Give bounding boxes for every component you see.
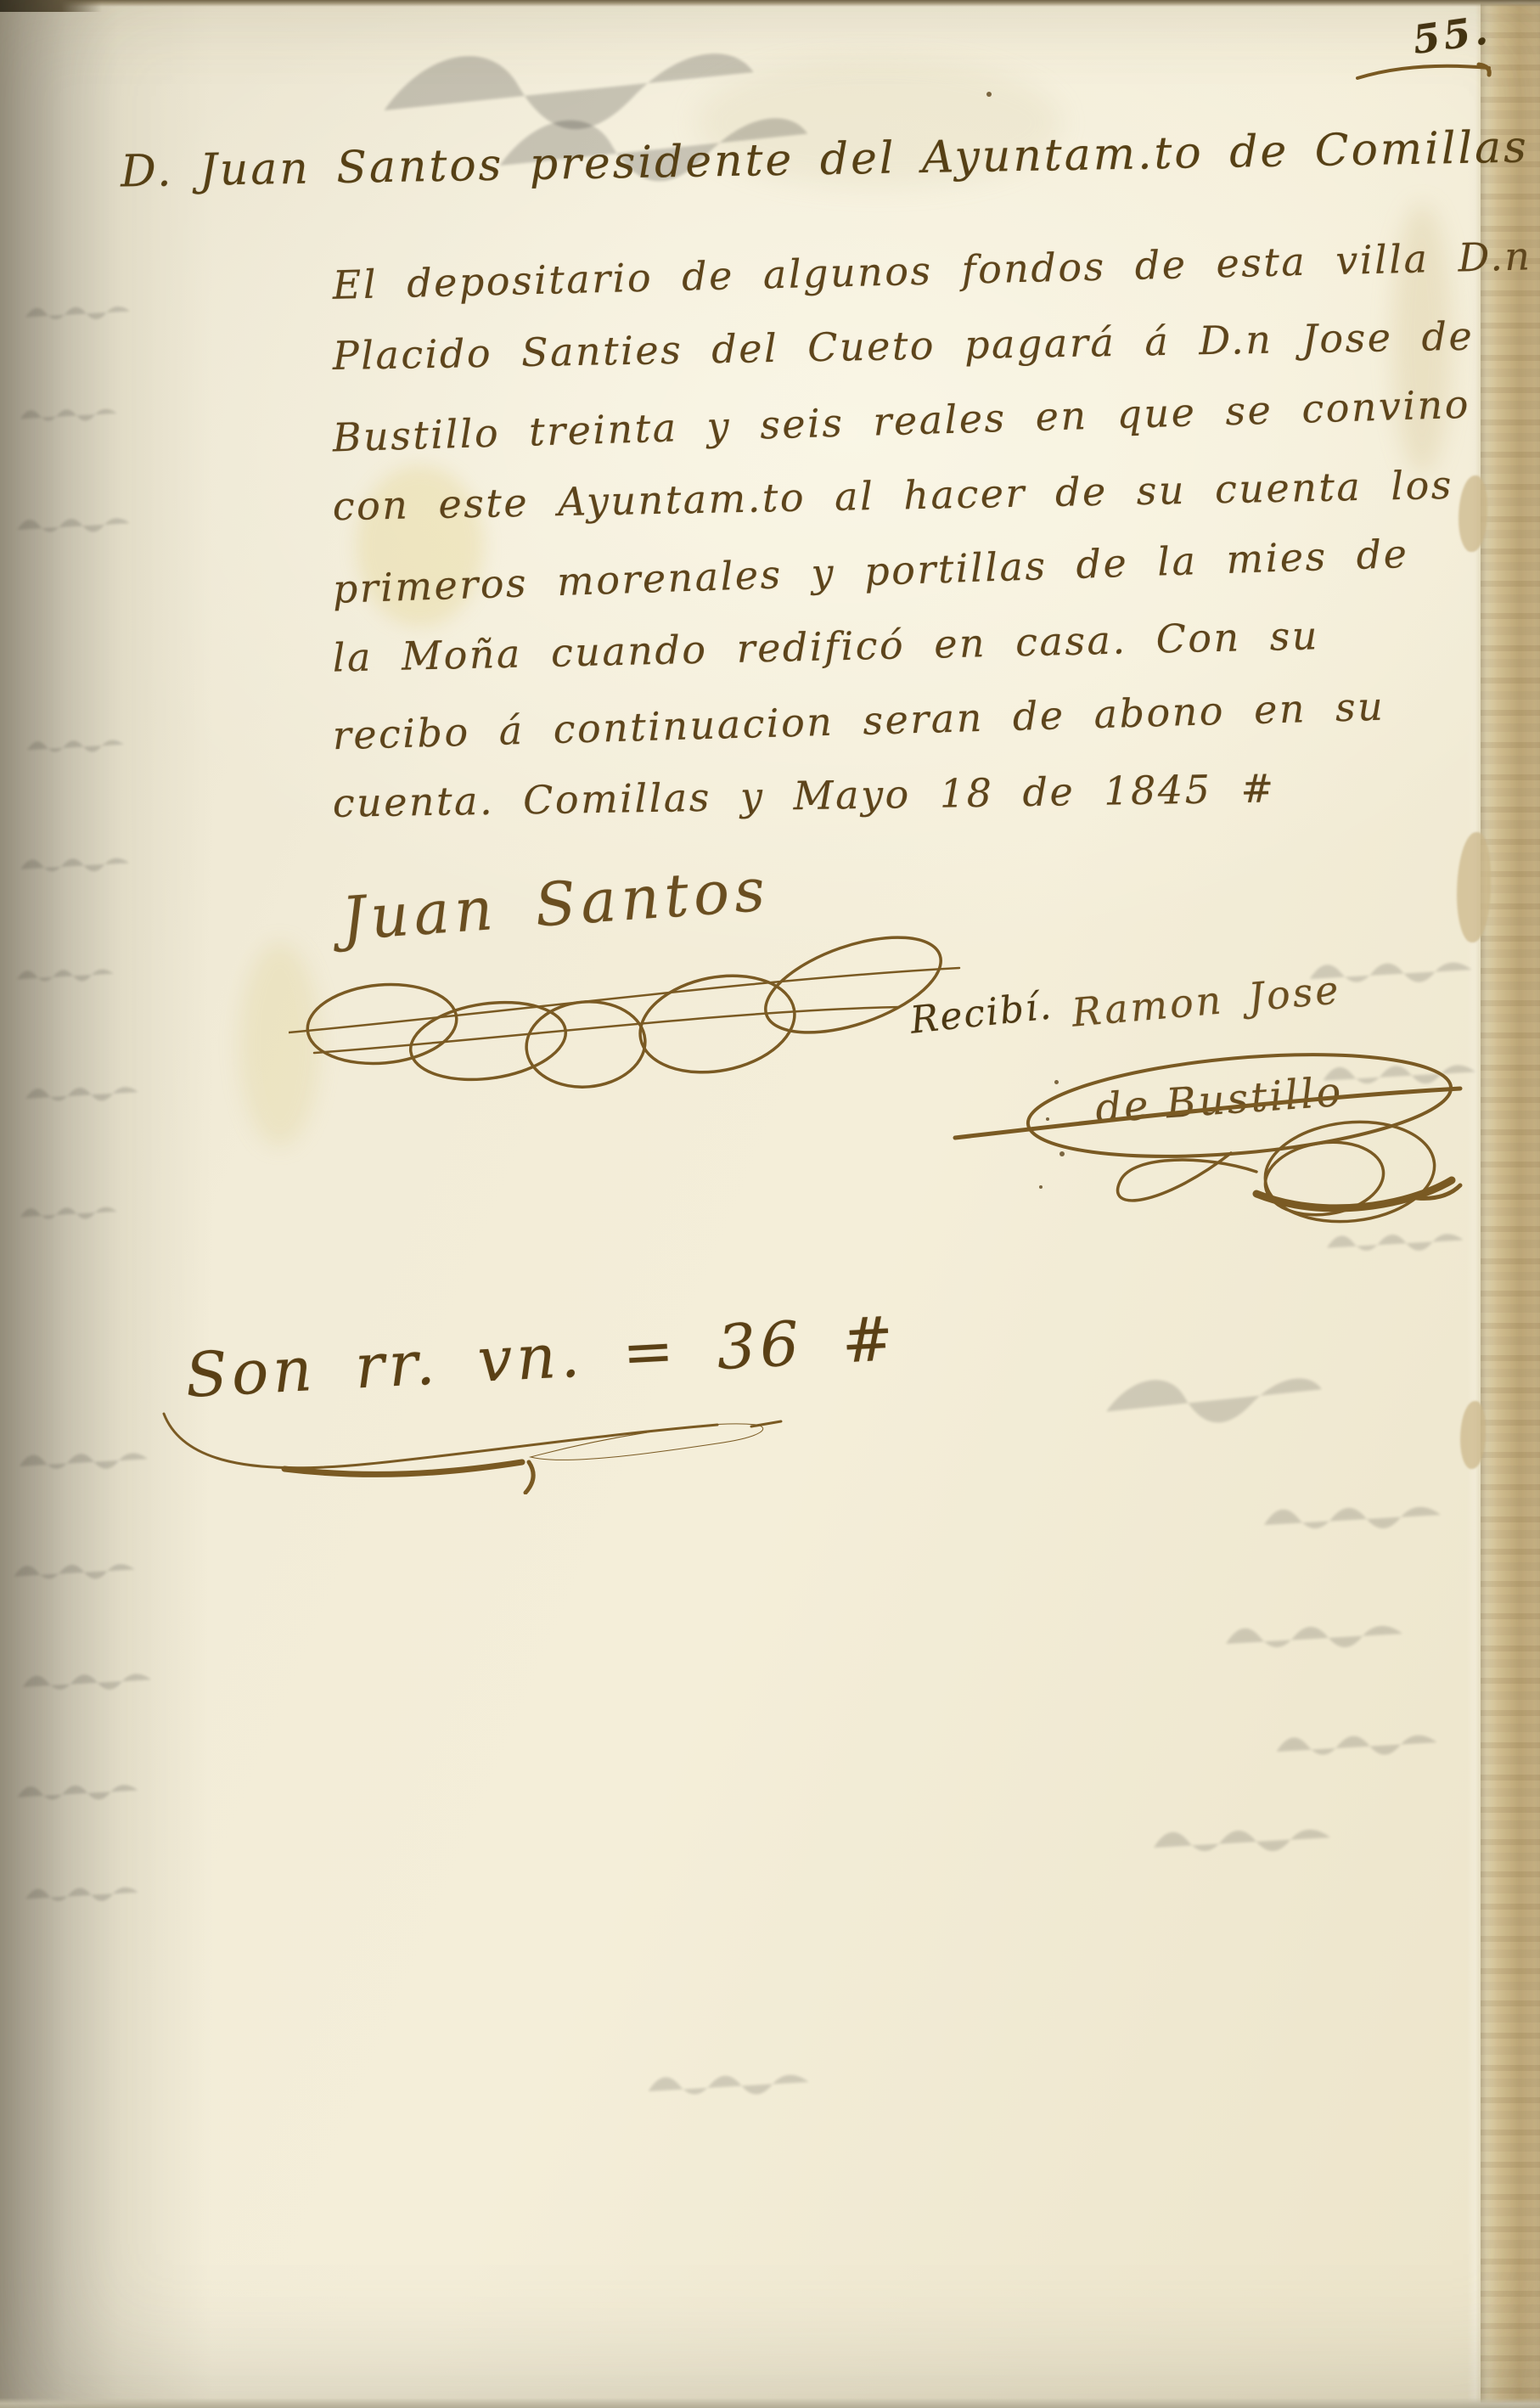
- receipt-signature-flourish: [951, 1044, 1477, 1248]
- paper-stain: [239, 942, 320, 1146]
- bleed-through-mark: [1138, 1817, 1350, 1868]
- bleed-through-mark: [20, 1664, 156, 1702]
- bleed-through-mark: [17, 1443, 153, 1482]
- manuscript-page: 55. D. Juan Santos presidente del Ayunta…: [0, 0, 1540, 2408]
- bleed-through-mark: [19, 849, 133, 883]
- body-text: El depositario de algunos fondos de esta…: [333, 248, 1504, 846]
- receipt-name-line2: de Bustillo: [1093, 1068, 1345, 1133]
- bleed-through-mark: [1256, 1494, 1452, 1545]
- page-top-edge: [0, 0, 1540, 7]
- bleed-through-mark: [1206, 1613, 1426, 1664]
- page-top-left-corner: [0, 0, 102, 12]
- bleed-through-mark: [306, 34, 832, 136]
- ink-speck: [1059, 1151, 1065, 1156]
- bleed-through-mark: [1087, 1367, 1341, 1426]
- page-left-shadow: [0, 0, 212, 2408]
- header-line: D. Juan Santos presidente del Ayuntam.to…: [121, 122, 1530, 198]
- ink-speck: [1054, 1080, 1059, 1084]
- signature-juan-santos: Juan Santos: [340, 854, 773, 954]
- ink-speck: [986, 92, 992, 97]
- bleed-through-mark: [25, 730, 127, 764]
- amount-line: Son rr. vn. = 36 #: [183, 1302, 899, 1411]
- signature-flourish: [289, 932, 968, 1102]
- ink-speck: [1046, 1117, 1049, 1121]
- receipt-label: Recibí.: [908, 984, 1055, 1042]
- page-bottom-edge: [0, 2398, 1540, 2408]
- bleed-through-mark: [12, 1554, 139, 1592]
- bleed-through-mark: [24, 1078, 143, 1112]
- bleed-through-mark: [24, 297, 134, 331]
- bleed-through-mark: [19, 399, 121, 433]
- bleed-through-mark: [645, 2063, 815, 2110]
- receipt-name-line1: Ramon Jose: [1070, 966, 1342, 1035]
- bleed-through-mark: [24, 1876, 143, 1915]
- bleed-through-mark: [15, 959, 117, 993]
- bleed-through-mark: [1273, 1724, 1443, 1770]
- bleed-through-mark: [1324, 1223, 1469, 1265]
- bleed-through-mark: [15, 509, 134, 543]
- bleed-through-mark: [1320, 1053, 1481, 1100]
- bleed-through-mark: [15, 1775, 143, 1813]
- ink-speck: [1039, 1185, 1043, 1189]
- bleed-through-mark: [19, 1197, 121, 1231]
